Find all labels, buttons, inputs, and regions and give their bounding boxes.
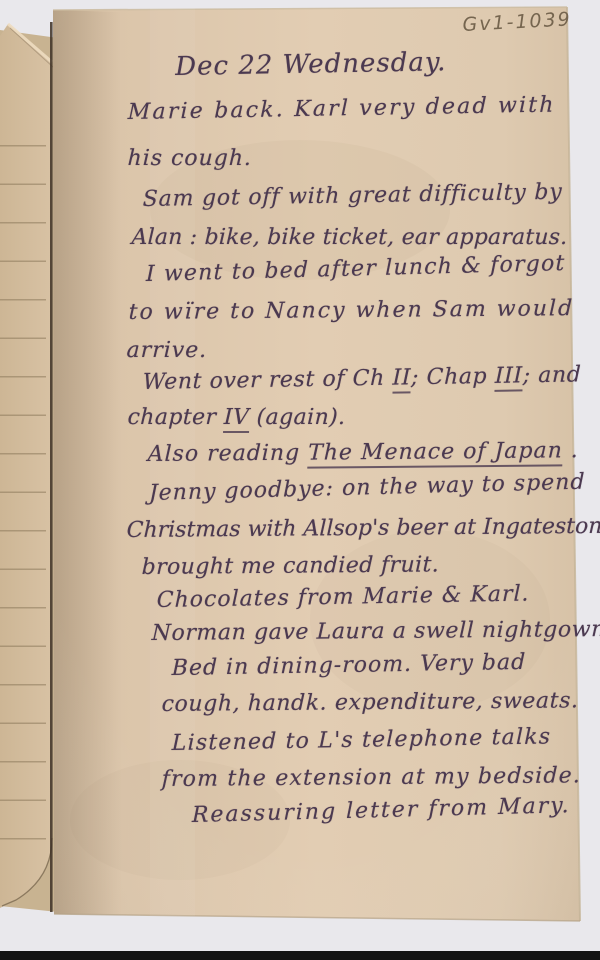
handwritten-text: (again).	[249, 405, 346, 430]
scan-bottom-strip	[0, 951, 600, 960]
diary-line: cough, handk. expenditure, sweats.	[161, 688, 579, 717]
diary-line: to wïre to Nancy when Sam would	[128, 296, 574, 325]
diary-heading: Dec 22 Wednesday.	[175, 47, 447, 82]
handwritten-text: his cough.	[127, 146, 252, 171]
handwritten-text: Christmas with Allsop's beer at Ingatest…	[126, 514, 600, 543]
diary-line: Norman gave Laura a swell nightgown.	[151, 617, 600, 646]
underlined-text: IV	[223, 405, 249, 433]
handwritten-text: .	[563, 438, 580, 463]
underlined-text: II	[392, 365, 411, 393]
envelope-ruled-lines	[0, 108, 46, 862]
handwritten-text: Also reading	[147, 441, 308, 467]
diary-line: arrive.	[126, 338, 208, 363]
diary-line: Alan : bike, bike ticket, ear apparatus.	[131, 225, 568, 250]
underlined-text: The Menace of Japan	[308, 438, 563, 468]
handwritten-text: Norman gave Laura a swell nightgown.	[151, 617, 600, 646]
handwritten-text: ; Chap	[411, 364, 495, 390]
diary-line: brought me candied fruit.	[141, 552, 439, 580]
handwritten-text: to wïre to Nancy when Sam would	[128, 296, 574, 325]
underlined-text: III	[495, 363, 523, 391]
diary-line: chapter IV (again).	[127, 405, 346, 430]
page-crease	[50, 22, 53, 912]
handwritten-text: brought me candied fruit.	[141, 552, 439, 580]
handwritten-text: Went over rest of Ch	[143, 366, 393, 395]
diary-line: Also reading The Menace of Japan .	[147, 438, 579, 467]
diary-line: his cough.	[127, 146, 252, 171]
handwritten-text: arrive.	[126, 338, 208, 363]
diary-line: from the extension at my bedside.	[161, 763, 581, 792]
handwritten-text: from the extension at my bedside.	[161, 763, 581, 792]
diary-line: Christmas with Allsop's beer at Ingatest…	[126, 514, 600, 543]
scanned-diary-page: Gv1-1039 Dec 22 Wednesday. Marie back. K…	[0, 0, 600, 960]
handwritten-text: chapter	[127, 405, 224, 430]
handwritten-text: cough, handk. expenditure, sweats.	[161, 688, 579, 717]
handwritten-text: Alan : bike, bike ticket, ear apparatus.	[131, 225, 568, 250]
handwritten-text: ; and	[522, 362, 581, 388]
